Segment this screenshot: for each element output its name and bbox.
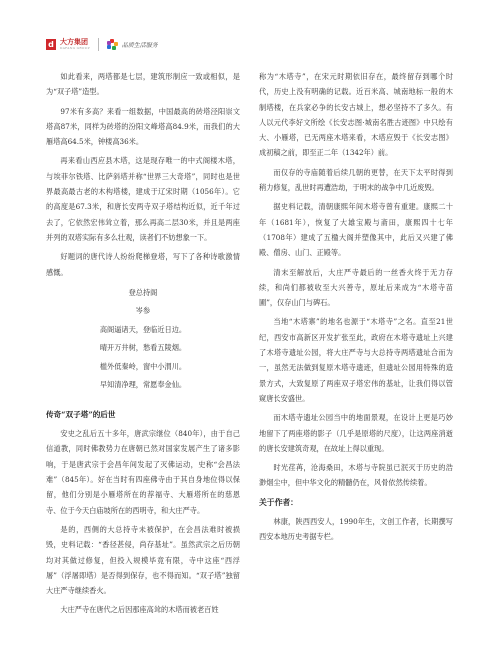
brand2-name: 品质生活服务	[122, 40, 158, 49]
paragraph: 好题词的唐代诗人纷纷爬梯登塔，写下了各种诗歌激情感慨。	[46, 249, 240, 280]
pinwheel-logo-icon	[107, 39, 118, 50]
about-author-text: 林康，陕西西安人，1990年生，文创工作者，长期撰写西安本地历史考据专栏。	[259, 514, 453, 545]
section-heading: 传奇“双子塔”的后世	[46, 407, 240, 422]
poem-line: 晴开万井树，愁看五陵烟。	[46, 339, 240, 358]
poem-line: 槛外低秦岭，窗中小渭川。	[46, 358, 240, 377]
paragraph: 而木塔寺遗址公园当中的地面景观，在设计上更是巧妙地留下了两座塔的影子（几乎是原塔…	[259, 410, 453, 456]
dafang-logo-icon: d	[46, 39, 56, 50]
poem-title: 登总持阁	[46, 284, 240, 303]
poem-line: 早知清净理，常愿奉金仙。	[46, 376, 240, 395]
brand1-sub: DAFANG GROUP	[60, 46, 90, 50]
paragraph: 如此看来，两塔都是七层，建筑形制应一致或相似，是为“双子塔”造型。	[46, 69, 240, 100]
paragraph: 是的，西侧的大总持寺未被保护，在会昌法难时被损毁，史料记载：“香径甚侵，尚存基址…	[46, 522, 240, 598]
paragraph: 而仅存的寺庙随着后续几朝的更替，在天下太平时得到稍力修复，乱世时再遭浩劫，于明末…	[259, 165, 453, 196]
paragraph: 当地“木塔寨”的地名也源于“木塔寺”之名。直至21世纪，西安市高新区开发扩张至此…	[259, 314, 453, 406]
left-column: 如此看来，两塔都是七层，建筑形制应一致或相似，是为“双子塔”造型。 97米有多高…	[46, 69, 240, 622]
logo-divider	[98, 38, 99, 51]
paragraph: 清末至解放后，大庄严寺最后的一丝香火终于无力存续，和尚们都被收至大兴善寺，原址后…	[259, 265, 453, 311]
brand1: 大方集团 DAFANG GROUP	[60, 38, 90, 50]
poem: 登总持阁 岑参 高阁逼诸天，登临近日边。 晴开万井树，愁看五陵烟。 槛外低秦岭，…	[46, 284, 240, 395]
right-column: 称为“木塔寺”，在宋元时期依旧存在，最终留存到哪个时代，历史上没有明确的记载。近…	[259, 69, 453, 549]
paragraph: 时光荏苒，沧海桑田，木塔与寺院虽已泯灭于历史的浩渺烟尘中，但中华文化的精髓仍在，…	[259, 460, 453, 491]
header-logos: d 大方集团 DAFANG GROUP 品质生活服务	[46, 36, 158, 52]
paragraph: 再来看山西应县木塔，这是现存唯一的中式阁楼木塔，与埃菲尔铁塔、比萨斜塔并称“世界…	[46, 153, 240, 245]
paragraph: 安史之乱后五十多年，唐武宗继位（840年），由于自己信道教，同时佛教势力在唐朝已…	[46, 426, 240, 518]
about-author-heading: 关于作者：	[259, 495, 453, 510]
paragraph: 大庄严寺在唐代之后因那座高耸的木塔而被老百姓	[46, 602, 240, 617]
poem-author: 岑参	[46, 302, 240, 321]
poem-line: 高阁逼诸天，登临近日边。	[46, 321, 240, 340]
paragraph: 97米有多高？来看一组数据，中国最高的砖塔泾阳崇文塔高87米，同样为砖塔的汾阳文…	[46, 104, 240, 150]
paragraph: 据史料记载，清朝康熙年间木塔寺曾有重建。康熙二十年（1681年），恢复了大雄宝殿…	[259, 199, 453, 260]
paragraph: 称为“木塔寺”，在宋元时期依旧存在，最终留存到哪个时代，历史上没有明确的记载。近…	[259, 69, 453, 161]
brand1-name: 大方集团	[60, 38, 90, 46]
